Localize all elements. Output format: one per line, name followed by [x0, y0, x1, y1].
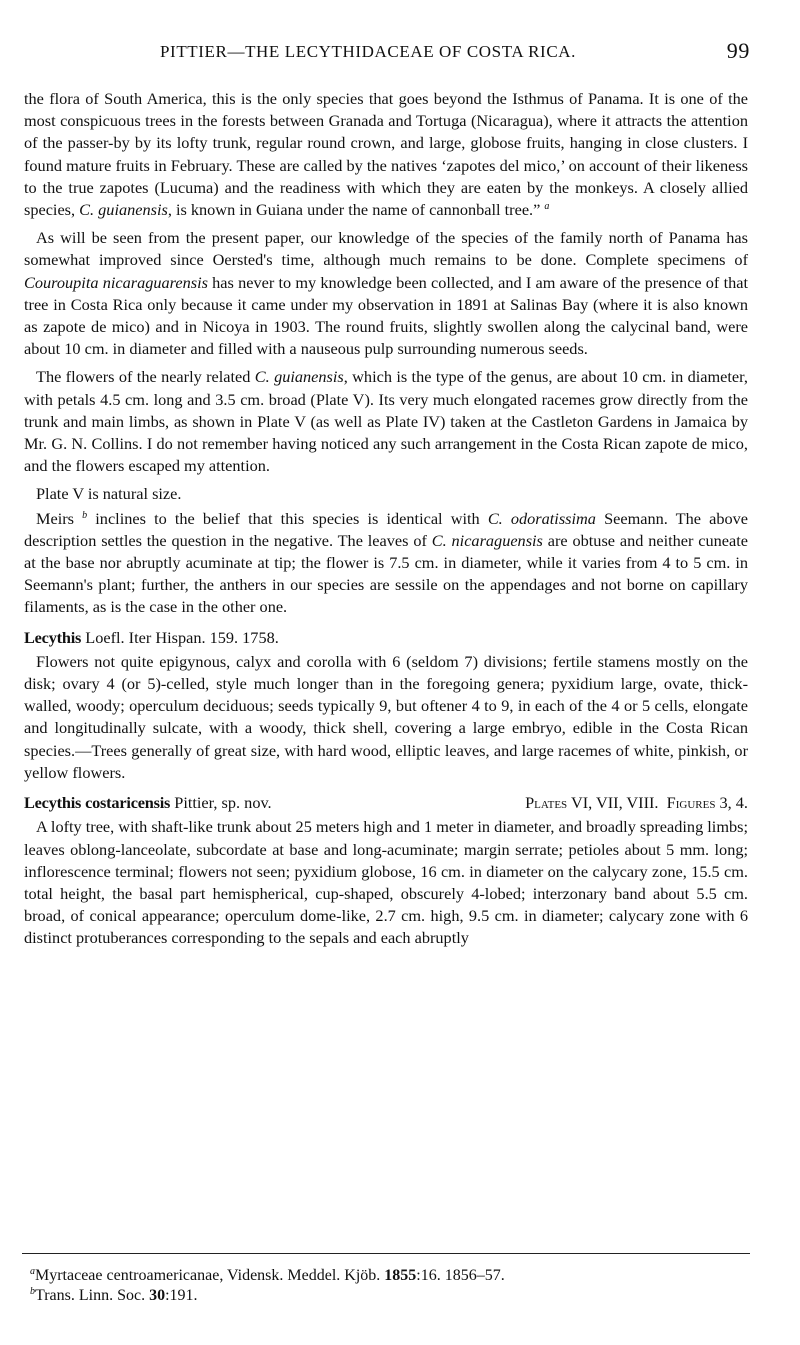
footnote-a: aMyrtaceae centroamericanae, Vidensk. Me…	[30, 1266, 750, 1286]
species-name: C. guianensis	[255, 367, 344, 386]
footnote-ref-a[interactable]: a	[544, 201, 549, 212]
volume-number: 30	[149, 1287, 165, 1304]
footnote-text: :16. 1856–57.	[416, 1267, 504, 1284]
text-run: The flowers of the nearly related	[36, 367, 255, 386]
text-run: As will be seen from the present paper, …	[24, 228, 748, 269]
paragraph-flowers: The flowers of the nearly related C. gui…	[24, 366, 748, 477]
species-name: Couroupita nicaraguarensis	[24, 273, 208, 292]
footnote-text: Myrtaceae centroamericanae, Vidensk. Med…	[35, 1267, 384, 1284]
genus-citation: Loefl. Iter Hispan. 159. 1758.	[81, 628, 279, 647]
footnote-divider	[22, 1253, 750, 1254]
footnotes: aMyrtaceae centroamericanae, Vidensk. Me…	[30, 1266, 750, 1306]
plate-figure-refs: Plates VI, VII, VIII. Figures 3, 4.	[525, 792, 748, 814]
paragraph-species-description: A lofty tree, with shaft-like trunk abou…	[24, 816, 748, 949]
species-name: C. guianensis	[79, 200, 168, 219]
paragraph-genus-description: Flowers not quite epigynous, calyx and c…	[24, 651, 748, 784]
genus-name: Lecythis	[24, 793, 81, 812]
species-heading: Lecythis costaricensis Pittier, sp. nov.…	[24, 792, 748, 814]
paragraph-plate-note: Plate V is natural size.	[24, 483, 748, 505]
species-name: C. odoratissima	[488, 509, 596, 528]
footnote-text: :191.	[165, 1287, 197, 1304]
page-number: 99	[727, 38, 750, 64]
body-text: the flora of South America, this is the …	[24, 88, 748, 950]
species-name: C. nicaraguensis	[432, 531, 543, 550]
text-run: inclines to the belief that this species…	[87, 509, 488, 528]
text-run: , is known in Guiana under the name of c…	[168, 200, 545, 219]
species-author: Pittier, sp. nov.	[170, 793, 271, 812]
footnote-b: bTrans. Linn. Soc. 30:191.	[30, 1286, 750, 1306]
genus-heading: Lecythis Loefl. Iter Hispan. 159. 1758.	[24, 627, 748, 649]
paragraph-knowledge: As will be seen from the present paper, …	[24, 227, 748, 360]
page-header: PITTIER—THE LECYTHIDACEAE OF COSTA RICA.…	[70, 38, 750, 68]
plates-ref: Plates VI, VII, VIII.	[525, 793, 658, 812]
footnote-text: Trans. Linn. Soc.	[35, 1287, 149, 1304]
document-page: PITTIER—THE LECYTHIDACEAE OF COSTA RICA.…	[0, 0, 800, 1345]
species-epithet: costaricensis	[81, 793, 170, 812]
genus-name: Lecythis	[24, 628, 81, 647]
figures-ref: Figures 3, 4.	[667, 793, 748, 812]
volume-number: 1855	[384, 1267, 416, 1284]
paragraph-meirs: Meirs b inclines to the belief that this…	[24, 508, 748, 619]
paragraph-continued-quote: the flora of South America, this is the …	[24, 88, 748, 221]
text-run: Meirs	[36, 509, 82, 528]
running-title: PITTIER—THE LECYTHIDACEAE OF COSTA RICA.	[160, 42, 576, 62]
